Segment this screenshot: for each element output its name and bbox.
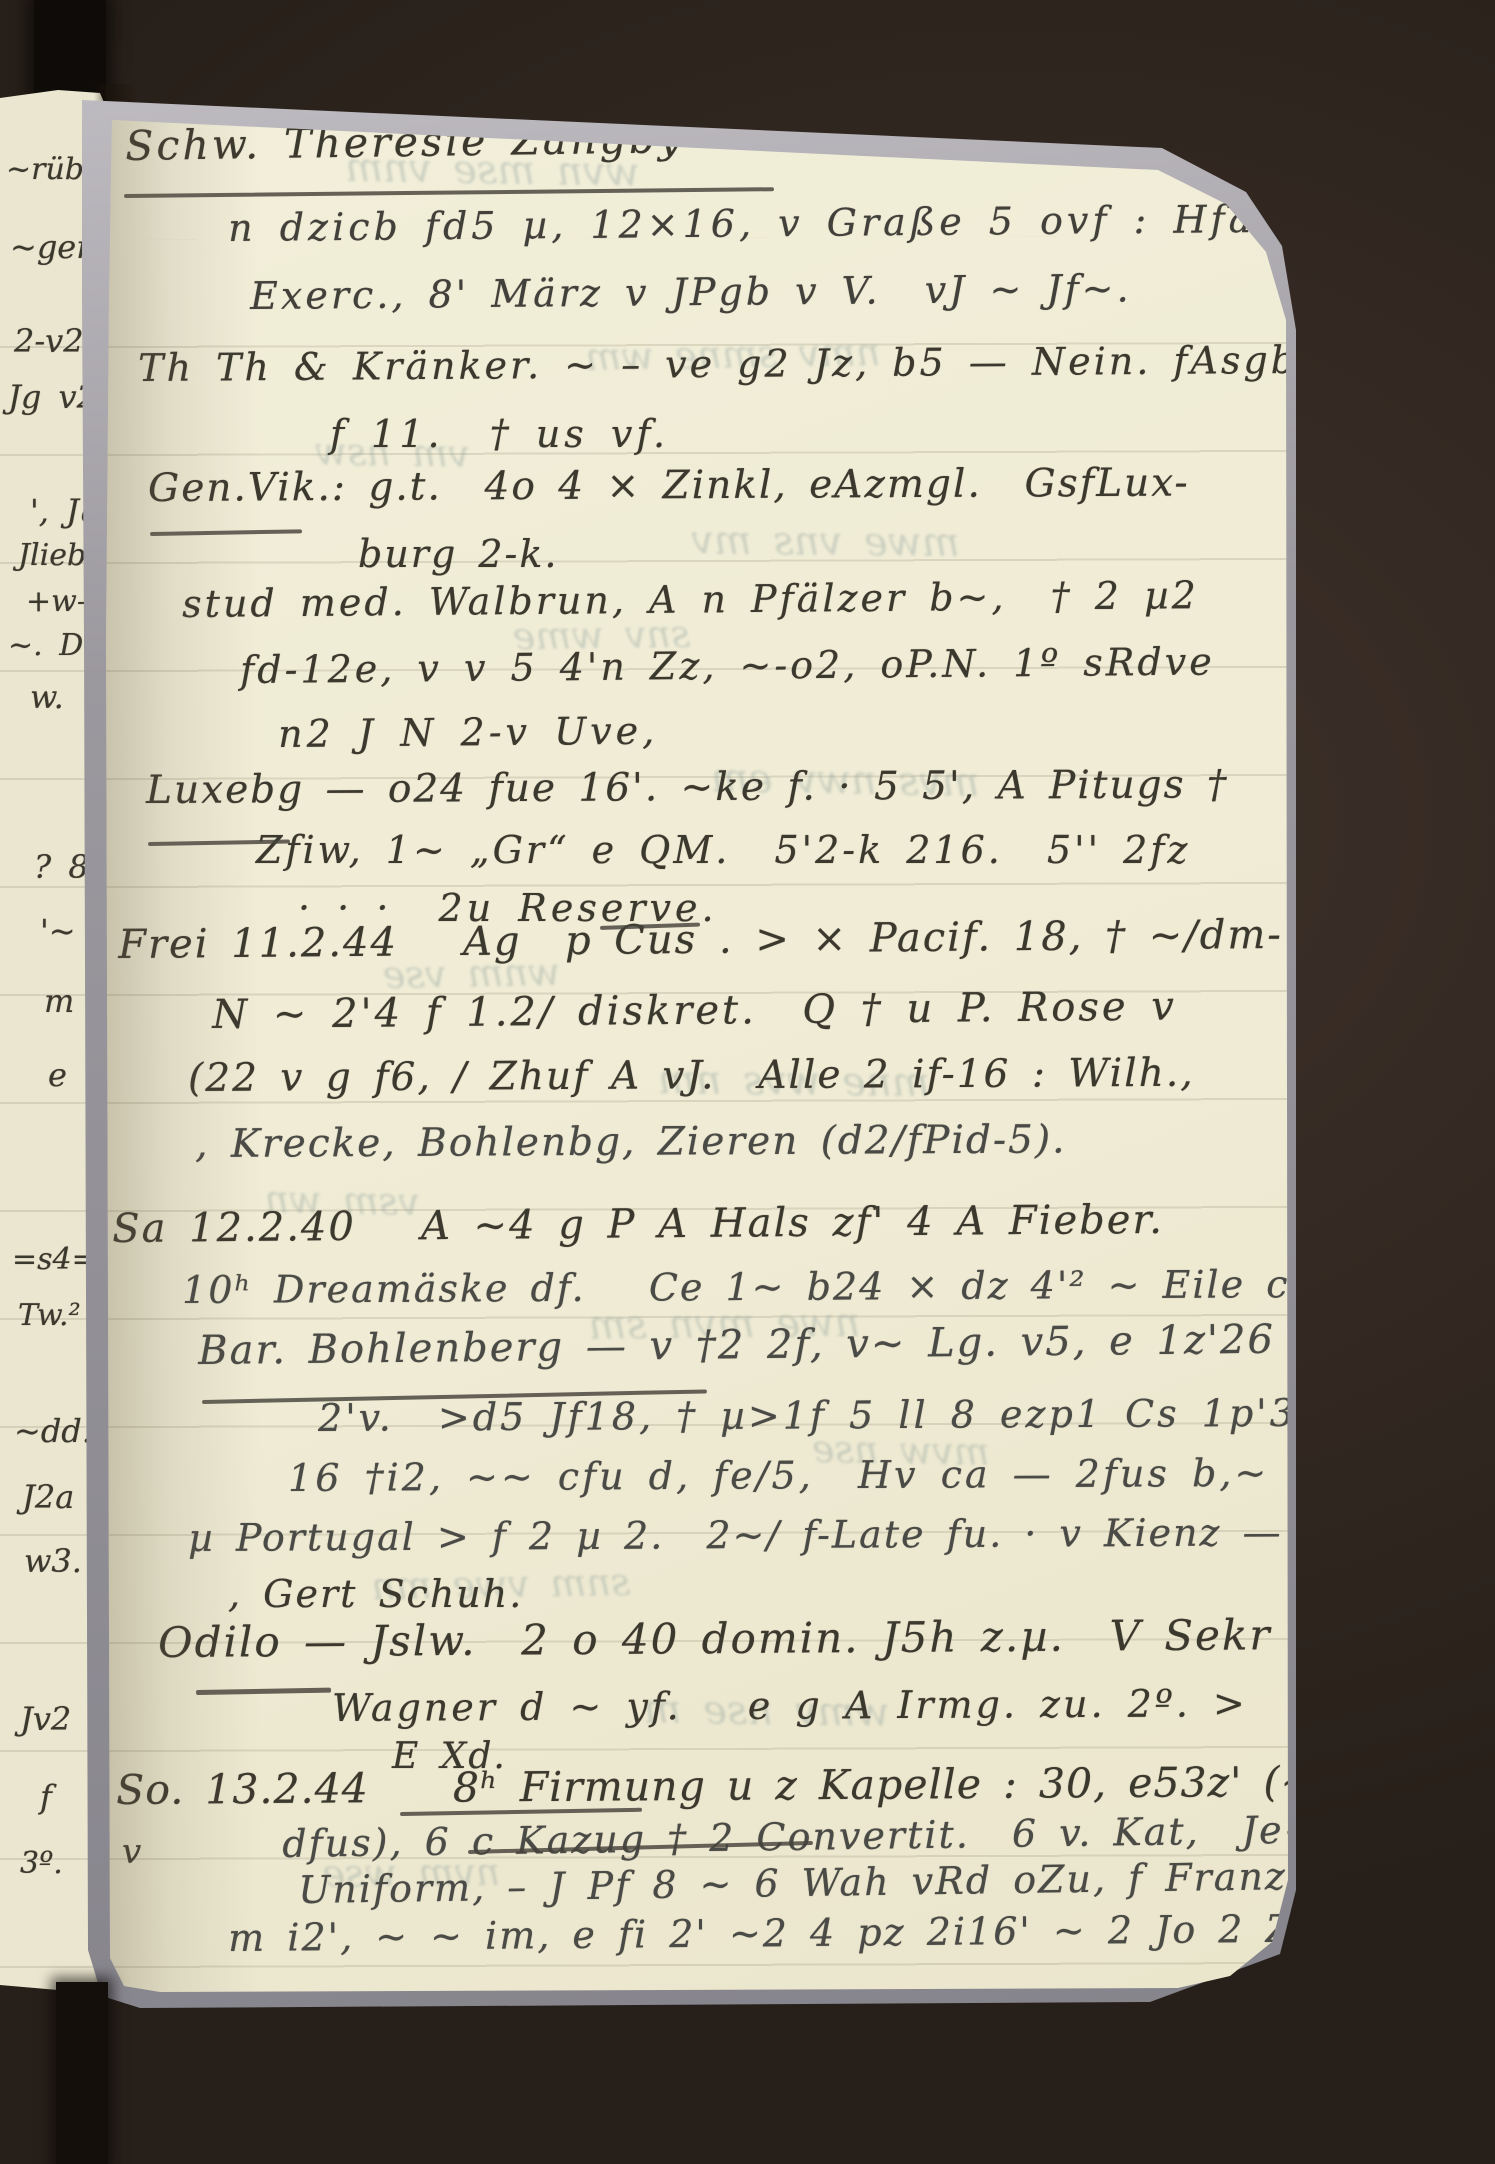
underline-stroke — [202, 1389, 707, 1404]
underline-stroke — [196, 1688, 331, 1695]
left-page-fragment: f — [40, 1778, 52, 1816]
left-page-fragment: ? 8 — [34, 848, 89, 886]
left-page-fragment: +w– — [26, 584, 92, 619]
left-page-fragment: w. — [30, 678, 64, 716]
left-page-fragment: 2-v2 — [14, 322, 84, 360]
binding-edge-bottom — [56, 1982, 108, 2164]
overline-stroke — [600, 923, 700, 930]
strikethrough-stroke — [468, 1841, 813, 1854]
left-page-fragment: Tw.² — [18, 1298, 81, 1333]
underline-stroke — [150, 529, 302, 536]
left-page-fragment: ~dd. — [14, 1412, 92, 1450]
left-page-fragment: =s4= — [12, 1242, 97, 1277]
underline-stroke — [148, 840, 290, 846]
left-page-fragment: m — [44, 982, 74, 1020]
left-page-fragment: e — [48, 1056, 67, 1094]
underline-layer — [0, 0, 1495, 2164]
underline-stroke — [400, 1808, 642, 1816]
left-page-fragment: '~ — [40, 912, 76, 950]
notebook-photo: ~rübr-~gen2-v2Jg v2', JqJlieb,+w–~. Dtsw… — [0, 0, 1495, 2164]
main-page: wvn mse vnmnmv smne wmvm nswmwe vns mvsn… — [0, 0, 1495, 2164]
left-page-fragment: w3. — [24, 1542, 82, 1580]
left-page-fragment: Jv2 — [20, 1700, 71, 1738]
left-page-fragment: 3º. — [20, 1846, 63, 1881]
underline-stroke — [124, 187, 774, 198]
left-page-fragment: J2a — [22, 1478, 74, 1516]
